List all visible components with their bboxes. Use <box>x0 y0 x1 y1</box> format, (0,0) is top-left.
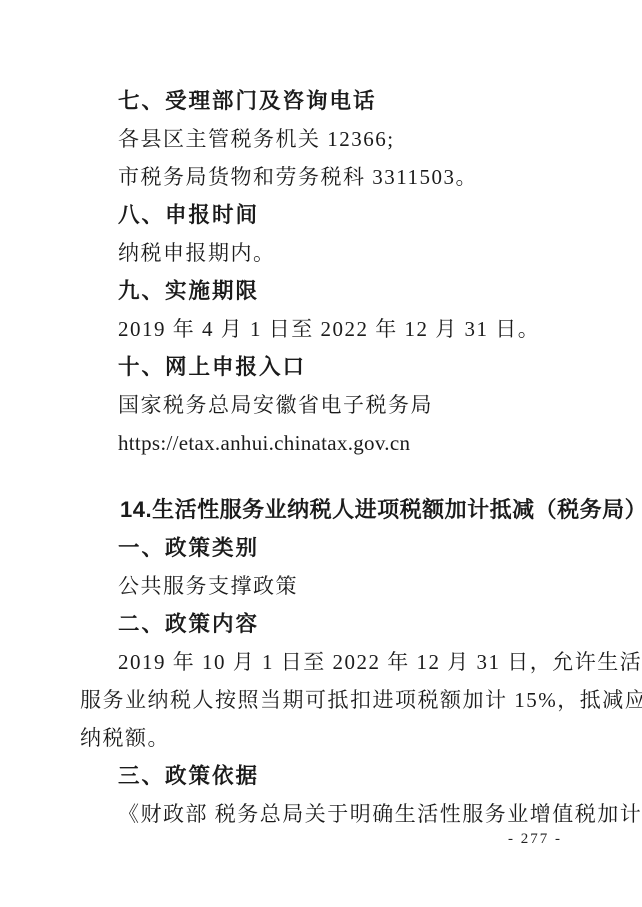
document-page: 七、受理部门及咨询电话 各县区主管税务机关 12366; 市税务局货物和劳务税科… <box>0 0 642 907</box>
heading-implementation-period: 九、实施期限 <box>80 272 578 310</box>
heading-policy-content: 二、政策内容 <box>80 605 578 643</box>
heading-online-filing-portal: 十、网上申报入口 <box>80 348 578 386</box>
line-implementation-period: 2019 年 4 月 1 日至 2022 年 12 月 31 日。 <box>80 310 578 348</box>
item14-title: 14.生活性服务业纳税人进项税额加计抵减（税务局） <box>80 491 578 529</box>
line-policy-content-3: 纳税额。 <box>80 719 578 757</box>
line-policy-category: 公共服务支撑政策 <box>80 567 578 605</box>
heading-accepting-department-phone: 七、受理部门及咨询电话 <box>80 82 578 120</box>
line-city-tax-bureau-phone: 市税务局货物和劳务税科 3311503。 <box>80 158 578 196</box>
line-filing-time: 纳税申报期内。 <box>80 234 578 272</box>
line-policy-basis-1: 《财政部 税务总局关于明确生活性服务业增值税加计 <box>80 795 578 833</box>
line-policy-content-2: 服务业纳税人按照当期可抵扣进项税额加计 15%，抵减应 <box>80 681 578 719</box>
line-portal-name: 国家税务总局安徽省电子税务局 <box>80 386 578 424</box>
heading-policy-category: 一、政策类别 <box>80 529 578 567</box>
page-body: 七、受理部门及咨询电话 各县区主管税务机关 12366; 市税务局货物和劳务税科… <box>80 82 578 833</box>
heading-filing-time: 八、申报时间 <box>80 196 578 234</box>
page-number: - 277 - <box>493 831 577 848</box>
heading-policy-basis: 三、政策依据 <box>80 757 578 795</box>
line-county-tax-authority-phone: 各县区主管税务机关 12366; <box>80 120 578 158</box>
portal-url-text: https://etax.anhui.chinatax.gov.cn <box>80 424 578 462</box>
line-policy-content-1: 2019 年 10 月 1 日至 2022 年 12 月 31 日，允许生活性 <box>80 643 578 681</box>
